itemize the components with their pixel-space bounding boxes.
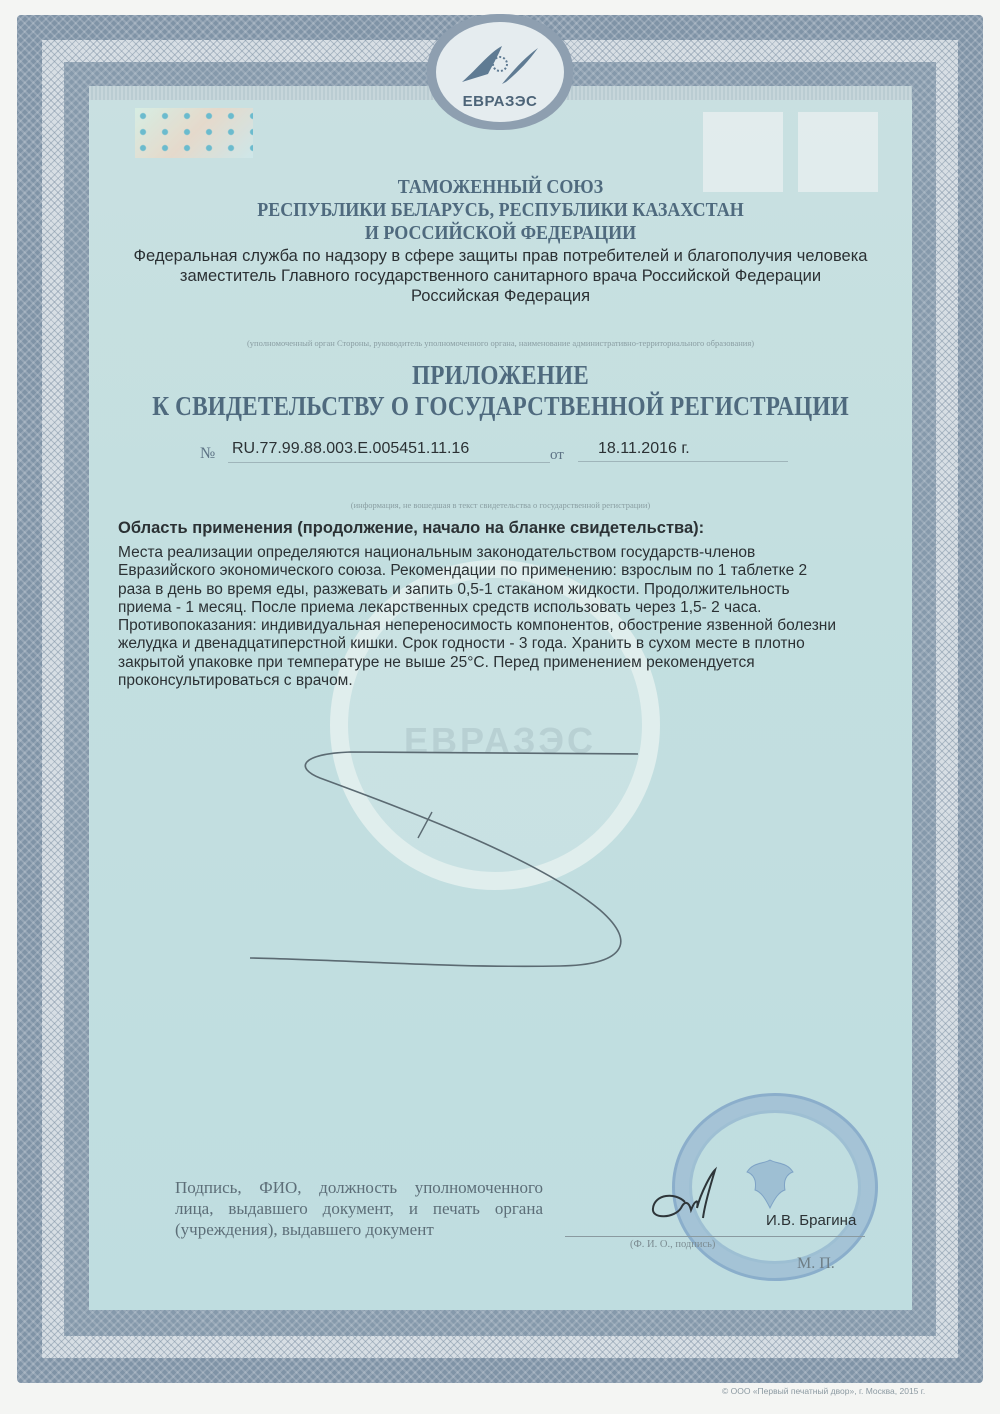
text-line: Места реализации определяются национальн… [118, 544, 898, 562]
registration-date: 18.11.2016 г. [578, 440, 788, 462]
signature-label: Подпись, ФИО, должность уполномоченного … [175, 1177, 543, 1240]
registration-line: № RU.77.99.88.003.E.005451.11.16 от 18.1… [200, 440, 790, 466]
agency-line: Российская Федерация [89, 286, 912, 306]
printer-imprint: © ООО «Первый печатный двор», г. Москва,… [722, 1386, 925, 1396]
eurasec-emblem-icon [458, 42, 542, 86]
double-headed-eagle-icon [735, 1150, 805, 1220]
text-line: желудка и двенадцатиперстной кишки. Срок… [118, 635, 898, 653]
section-heading: Область применения (продолжение, начало … [118, 516, 898, 540]
title-line: К СВИДЕТЕЛЬСТВУ О ГОСУДАРСТВЕННОЙ РЕГИСТ… [147, 391, 855, 422]
emblem-label: ЕВРАЗЭС [436, 93, 564, 110]
text-line: закрытой упаковке при температуре не выш… [118, 654, 898, 672]
scope-of-use-section: Область применения (продолжение, начало … [118, 516, 898, 690]
agency-caption: (уполномоченный орган Стороны, руководит… [89, 338, 912, 348]
agency-line: заместитель Главного государственного са… [89, 266, 912, 286]
union-line: ТАМОЖЕННЫЙ СОЮЗ [130, 176, 871, 199]
registration-number: RU.77.99.88.003.E.005451.11.16 [228, 440, 550, 463]
signer-name: И.В. Брагина [766, 1212, 856, 1229]
title-line: ПРИЛОЖЕНИЕ [147, 360, 855, 391]
customs-union-heading: ТАМОЖЕННЫЙ СОЮЗ РЕСПУБЛИКИ БЕЛАРУСЬ, РЕС… [130, 176, 871, 245]
text-line: проконсультироваться с врачом. [118, 672, 898, 690]
section-text: Места реализации определяются национальн… [118, 544, 898, 690]
hologram-icon [135, 108, 253, 158]
text-line: Противопоказания: индивидуальная неперен… [118, 617, 898, 635]
text-line: Евразийского экономического союза. Реком… [118, 562, 898, 580]
text-line: раза в день во время еды, разжевать и за… [118, 581, 898, 599]
union-line: РЕСПУБЛИКИ БЕЛАРУСЬ, РЕСПУБЛИКИ КАЗАХСТА… [130, 199, 871, 222]
agency-line: Федеральная служба по надзору в сфере за… [89, 246, 912, 266]
union-line: И РОССИЙСКОЙ ФЕДЕРАЦИИ [130, 222, 871, 245]
watermark-label: ЕВРАЗЭС [365, 720, 635, 762]
text-line: приема - 1 месяц. После приема лекарстве… [118, 599, 898, 617]
date-label: от [550, 447, 564, 464]
number-label: № [200, 445, 215, 463]
issuing-agency: Федеральная служба по надзору в сфере за… [89, 246, 912, 306]
signature-underline [565, 1236, 865, 1237]
seal-place-mark: М. П. [797, 1255, 835, 1273]
fio-caption: (Ф. И. О., подпись) [630, 1239, 715, 1250]
handwritten-signature-icon [645, 1162, 725, 1232]
registration-caption: (информация, не вошедшая в текст свидете… [89, 500, 912, 510]
document-title: ПРИЛОЖЕНИЕ К СВИДЕТЕЛЬСТВУ О ГОСУДАРСТВЕ… [147, 360, 855, 422]
